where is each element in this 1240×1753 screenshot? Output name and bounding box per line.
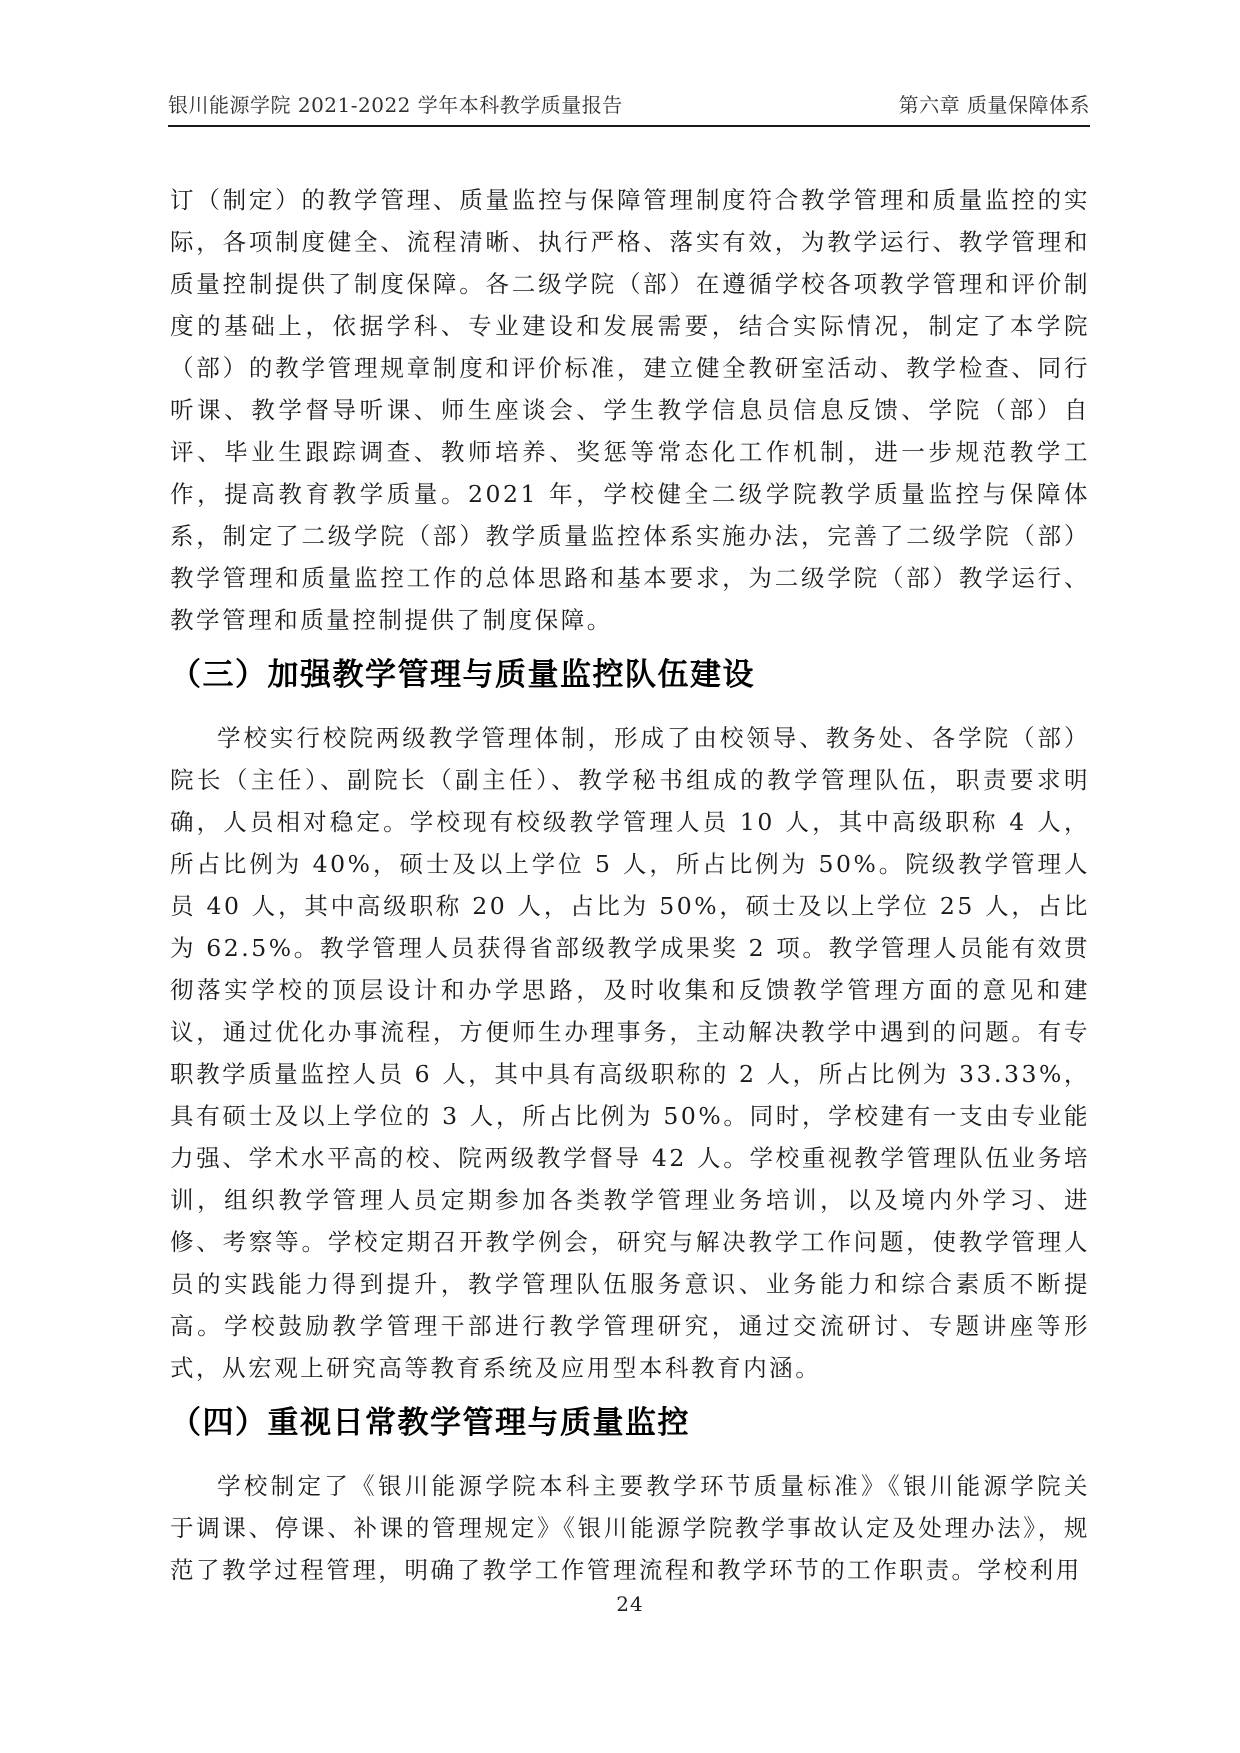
page-header: 银川能源学院 2021-2022 学年本科教学质量报告 第六章 质量保障体系 [168, 92, 1090, 127]
section-heading-3: （三）加强教学管理与质量监控队伍建设 [170, 652, 1090, 698]
document-page: 银川能源学院 2021-2022 学年本科教学质量报告 第六章 质量保障体系 订… [0, 0, 1240, 1753]
document-body: 订（制定）的教学管理、质量监控与保障管理制度符合教学管理和质量监控的实际，各项制… [170, 179, 1090, 1591]
header-left-title: 银川能源学院 2021-2022 学年本科教学质量报告 [168, 92, 623, 118]
paragraph-institution-system: 订（制定）的教学管理、质量监控与保障管理制度符合教学管理和质量监控的实际，各项制… [170, 179, 1090, 641]
paragraph-daily-management: 学校制定了《银川能源学院本科主要教学环节质量标准》《银川能源学院关于调课、停课、… [170, 1465, 1090, 1591]
header-right-title: 第六章 质量保障体系 [899, 92, 1090, 118]
paragraph-management-team: 学校实行校院两级教学管理体制，形成了由校领导、教务处、各学院（部）院长（主任）、… [170, 717, 1090, 1389]
page-number: 24 [616, 1592, 643, 1616]
section-heading-4: （四）重视日常教学管理与质量监控 [170, 1400, 1090, 1446]
page-footer: 24 [170, 1592, 1090, 1616]
